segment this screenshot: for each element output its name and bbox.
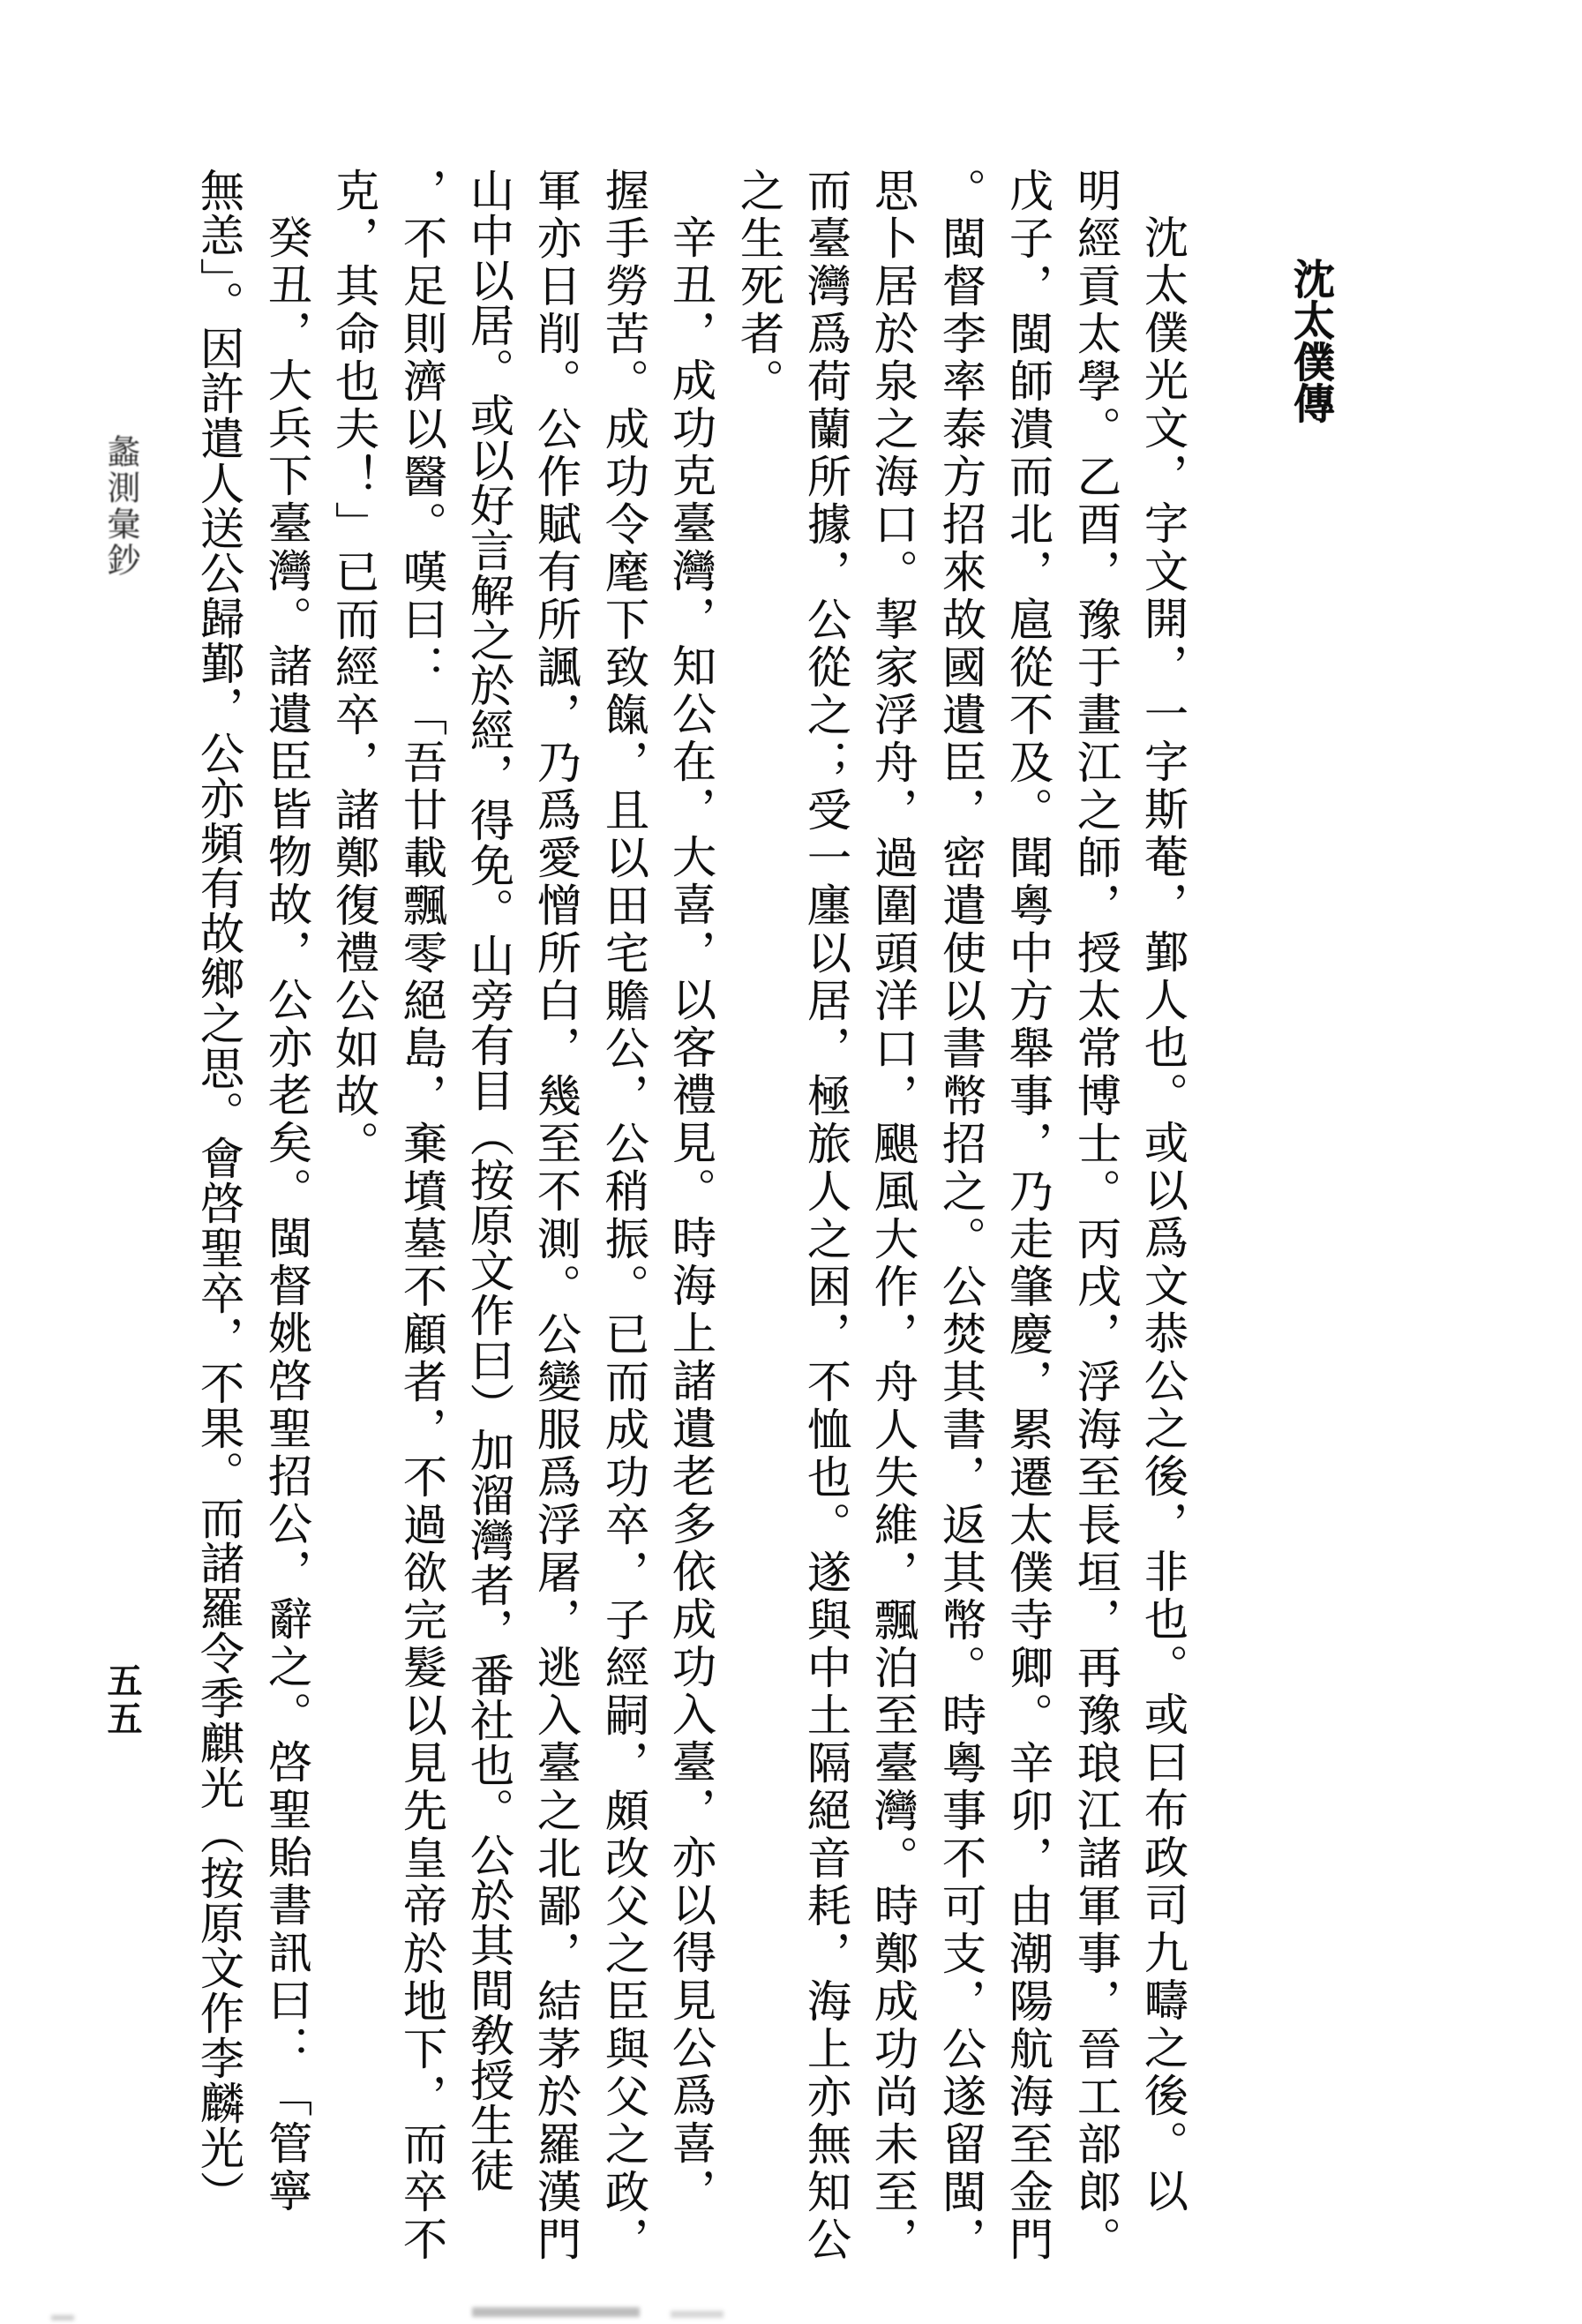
scan-artifact: [472, 2307, 640, 2317]
text-column: 無恙」。因許遣人送公歸鄞，公亦頻有故鄉之思。會啓聖卒，不果。而諸羅令季麒光（按原…: [185, 168, 252, 2215]
text-column: 山中以居。或以好言解之於經，得免。山旁有目（按原文作曰）加溜灣者，番社也。公於其…: [455, 168, 522, 2193]
scan-artifact: [671, 2311, 724, 2318]
scan-artifact: [51, 2315, 74, 2320]
text-column: 戊子，閩師潰而北，扈從不及。聞粵中方舉事，乃走肇慶，累遷太僕寺卿。辛卯，由潮陽航…: [994, 168, 1061, 2264]
text-column: 克，其命也夫！」已而經卒，諸鄭復禮公如故。: [320, 168, 387, 1168]
text-column: 而臺灣爲荷蘭所據，公從之；受一廛以居，極旅人之困，不恤也。遂與中土隔絕音耗，海上…: [792, 168, 859, 2264]
text-column: 思卜居於泉之海口。挈家浮舟，過圍頭洋口，颶風大作，舟人失維，飄泊至臺灣。時鄭成功…: [859, 168, 926, 2264]
article-title: 沈太僕傳: [1271, 258, 1350, 424]
text-column: 之生死者。: [725, 168, 792, 406]
text-column: 癸丑，大兵下臺灣。諸遺臣皆物故，公亦老矣。閩督姚啓聖招公，辭之。啓聖貽書訊曰：「…: [253, 168, 320, 2215]
text-column: 明經貢太學。乙酉，豫于畫江之師，授太常博士。丙戌，浮海至長垣，再豫琅江諸軍事，晉…: [1062, 168, 1129, 2264]
page-number: 五五: [101, 1662, 143, 1738]
text-column: 。閩督李率泰方招來故國遺臣，密遣使以書幣招之。公焚其書，返其幣。時粵事不可支，公…: [927, 168, 994, 2264]
text-column: 沈太僕光文，字文開，一字斯菴，鄞人也。或以爲文恭公之後，非也。或曰布政司九疇之後…: [1129, 168, 1196, 2215]
text-column: 辛丑，成功克臺灣，知公在，大喜，以客禮見。時海上諸遺老多依成功入臺，亦以得見公爲…: [657, 168, 724, 2215]
text-column: 握手勞苦。成功令麾下致餼，且以田宅贍公，公稍振。已而成功卒，子經嗣，頗改父之臣與…: [590, 168, 657, 2264]
scanned-page: 沈太僕傳 沈太僕光文，字文開，一字斯菴，鄞人也。或以爲文恭公之後，非也。或曰布政…: [0, 0, 1582, 2324]
book-title-margin: 蠡測彙鈔: [99, 434, 141, 579]
text-column: 軍亦日削。公作賦有所諷，乃爲愛憎所白，幾至不測。公變服爲浮屠，逃入臺之北鄙，結茅…: [522, 168, 589, 2264]
text-column: ，不足則濟以醫。嘆曰：「吾廿載飄零絕島，棄墳墓不顧者，不過欲完髮以見先皇帝於地下…: [388, 168, 455, 2264]
